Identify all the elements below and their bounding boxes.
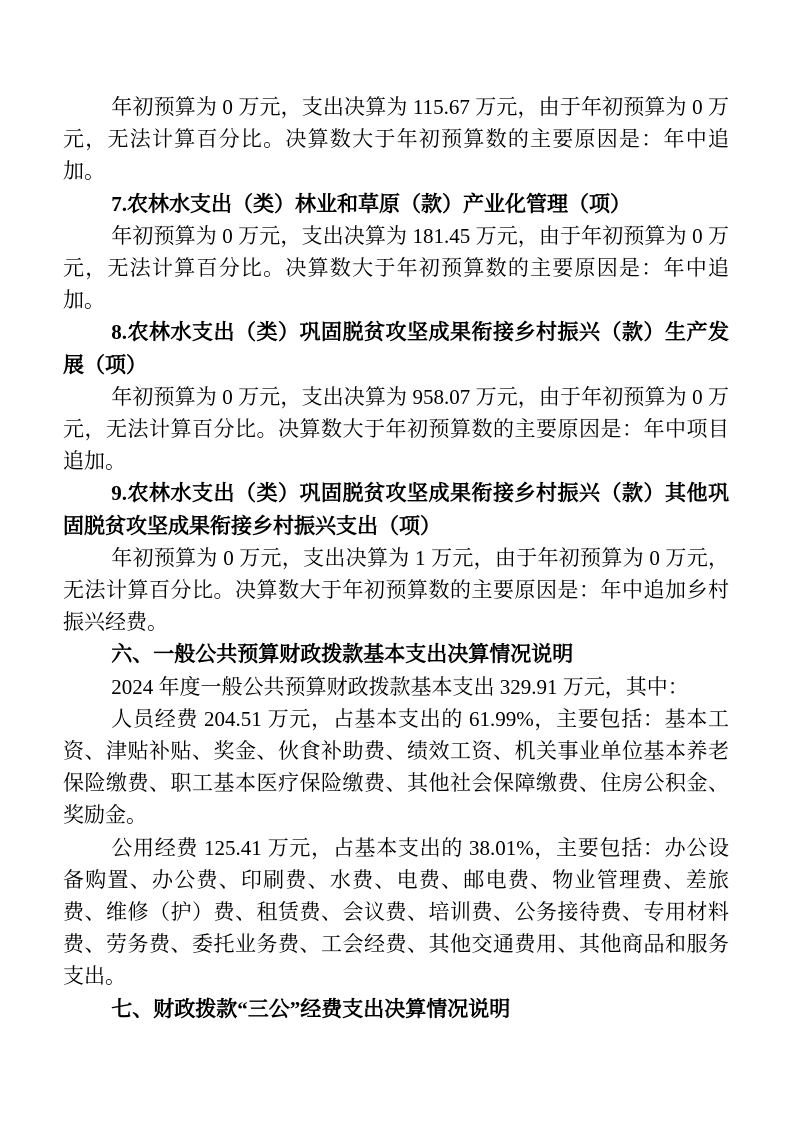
body-paragraph: 公用经费 125.41 万元，占基本支出的 38.01%，主要包括：办公设备购置…: [63, 832, 729, 993]
body-paragraph: 年初预算为 0 万元，支出决算为 181.45 万元，由于年初预算为 0 万元，…: [63, 220, 729, 317]
body-paragraph: 人员经费 204.51 万元，占基本支出的 61.99%，主要包括：基本工资、津…: [63, 703, 729, 832]
body-paragraph: 年初预算为 0 万元，支出决算为 1 万元，由于年初预算为 0 万元，无法计算百…: [63, 542, 729, 639]
section-heading: 8.农林水支出（类）巩固脱贫攻坚成果衔接乡村振兴（款）生产发展（项）: [63, 316, 729, 380]
body-paragraph: 年初预算为 0 万元，支出决算为 115.67 万元，由于年初预算为 0 万元，…: [63, 91, 729, 188]
document-page: 年初预算为 0 万元，支出决算为 115.67 万元，由于年初预算为 0 万元，…: [0, 0, 793, 1122]
body-paragraph: 年初预算为 0 万元，支出决算为 958.07 万元，由于年初预算为 0 万元，…: [63, 381, 729, 478]
section-heading: 7.农林水支出（类）林业和草原（款）产业化管理（项）: [63, 188, 729, 220]
body-paragraph: 2024 年度一般公共预算财政拨款基本支出 329.91 万元，其中：: [63, 671, 729, 703]
section-heading: 六、一般公共预算财政拨款基本支出决算情况说明: [63, 638, 729, 670]
document-content: 年初预算为 0 万元，支出决算为 115.67 万元，由于年初预算为 0 万元，…: [63, 91, 729, 1025]
section-heading: 七、财政拨款“三公”经费支出决算情况说明: [63, 993, 729, 1025]
section-heading: 9.农林水支出（类）巩固脱贫攻坚成果衔接乡村振兴（款）其他巩固脱贫攻坚成果衔接乡…: [63, 477, 729, 541]
